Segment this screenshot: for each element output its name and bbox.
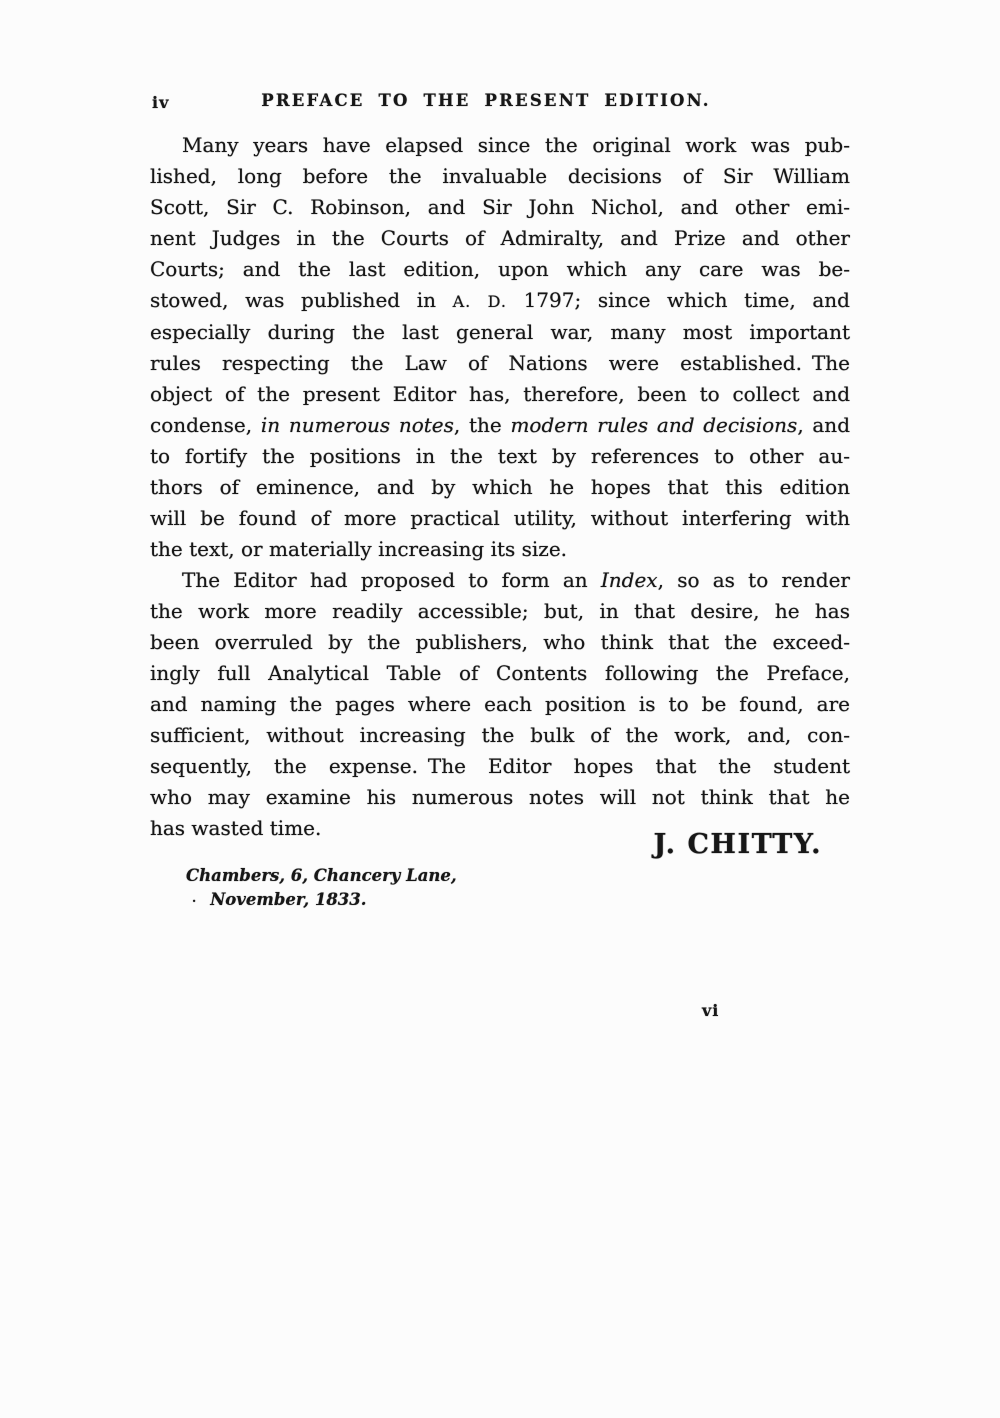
text-line: rules respecting the Law of Nations were… [150, 348, 850, 379]
text-line: sufficient, without increasing the bulk … [150, 720, 850, 751]
text-line: ingly full Analytical Table of Contents … [150, 658, 850, 689]
scanned-book-page: iv PREFACE TO THE PRESENT EDITION. Many … [0, 0, 1000, 1418]
text-line: Many years have elapsed since the origin… [150, 130, 850, 161]
text-line: will be found of more practical utility,… [150, 503, 850, 534]
colophon-block: Chambers, 6, Chancery Lane, ·November, 1… [186, 864, 457, 913]
italic-phrase: modern rules and decisions [510, 413, 797, 437]
colophon-date: November, 1833. [210, 890, 366, 909]
text-line: especially during the last general war, … [150, 317, 850, 348]
text-line: to fortify the positions in the text by … [150, 441, 850, 472]
stray-ink-mark: · [192, 889, 196, 913]
running-header-title: PREFACE TO THE PRESENT EDITION. [136, 91, 836, 110]
text-line: The Editor had proposed to form an Index… [150, 565, 850, 596]
italic-phrase: in numerous notes [261, 413, 454, 437]
text-line: Scott, Sir C. Robinson, and Sir John Nic… [150, 192, 850, 223]
text-line: condense, in numerous notes, the modern … [150, 410, 850, 441]
text-line: thors of eminence, and by which he hopes… [150, 472, 850, 503]
text-line: and naming the pages where each position… [150, 689, 850, 720]
text-line: object of the present Editor has, theref… [150, 379, 850, 410]
text-line: the text, or materially increasing its s… [150, 534, 850, 565]
colophon-date-row: ·November, 1833. [192, 888, 457, 913]
italic-phrase: Index [601, 568, 658, 592]
text-line: sequently, the expense. The Editor hopes… [150, 751, 850, 782]
preface-body: Many years have elapsed since the origin… [150, 130, 850, 844]
text-line: who may examine his numerous notes will … [150, 782, 850, 813]
page-number-bottom: vi [702, 1001, 719, 1020]
text-line: stowed, was published in A. D. 1797; sin… [150, 285, 850, 317]
text-line: lished, long before the invaluable decis… [150, 161, 850, 192]
page-header: iv PREFACE TO THE PRESENT EDITION. [150, 91, 850, 115]
text-line: nent Judges in the Courts of Admiralty, … [150, 223, 850, 254]
text-line: Courts; and the last edition, upon which… [150, 254, 850, 285]
text-line: been overruled by the publishers, who th… [150, 627, 850, 658]
smallcaps-phrase: A. D. [453, 292, 507, 311]
author-signature: J. CHITTY. [150, 829, 850, 860]
text-line: the work more readily accessible; but, i… [150, 596, 850, 627]
colophon-address: Chambers, 6, Chancery Lane, [186, 864, 457, 888]
